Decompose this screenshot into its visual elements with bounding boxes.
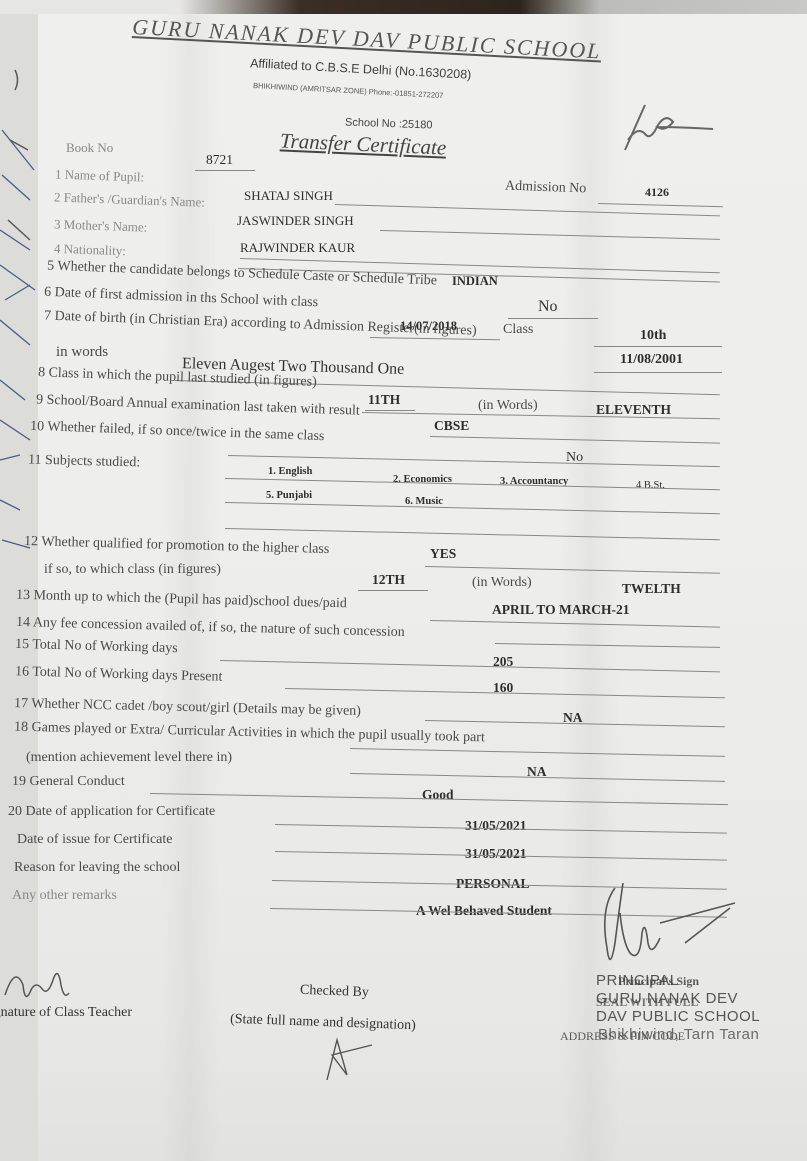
last-exam-value: CBSE (434, 418, 469, 434)
background-edge (0, 0, 807, 14)
field-line (358, 590, 428, 591)
nationality-label: 4 Nationality: (54, 241, 126, 259)
subject-item: 4 B.St. (636, 480, 665, 491)
stamp-line-3: Bhikhiwind, Tarn Taran (598, 1026, 759, 1043)
principal-signature (590, 868, 740, 978)
class-teacher-text: Signature of Class Teacher (0, 1005, 132, 1020)
field-line (365, 410, 415, 411)
application-date-value: 31/05/2021 (465, 818, 527, 834)
sc-st-value: No (538, 298, 558, 316)
field-line (594, 372, 722, 373)
mother-name-label: 3 Mother's Name: (54, 216, 148, 235)
subject-item: 1. English (268, 466, 312, 477)
stamp-line-2: DAV PUBLIC SCHOOL (596, 1008, 760, 1025)
pupil-name-value: SHATAJ SINGH (244, 188, 333, 204)
promotion-words-value: TWELTH (622, 581, 681, 597)
dob-words-label: in words (56, 344, 108, 361)
checked-by-label: Checked By (300, 983, 369, 1001)
field-line (195, 170, 255, 171)
book-no-value: 8721 (206, 152, 233, 168)
first-admission-class-label: Class (503, 322, 533, 338)
promotion-class-value: 12TH (372, 572, 405, 588)
games-sublabel: (mention achievement level there in) (26, 750, 232, 766)
application-date-label: 20 Date of application for Certificate (8, 804, 215, 820)
mother-name-value: RAJWINDER KAUR (240, 240, 355, 256)
principal-sign-label: Principal's Sign (618, 974, 699, 989)
signature-top-right (620, 95, 720, 155)
paper-fold-shadow (160, 0, 220, 1161)
dues-value: APRIL TO MARCH-21 (492, 602, 630, 618)
promotion-words-label: (in Words) (472, 575, 532, 591)
book-no-label: Book No (66, 140, 113, 156)
class-teacher-signature (0, 960, 80, 1010)
subject-item: 5. Punjabi (266, 490, 312, 501)
conduct-label: 19 General Conduct (12, 774, 125, 790)
promotion-class-label: if so, to which class (in figures) (44, 562, 221, 578)
admission-no-label: Admission No (505, 179, 587, 198)
dob-value: 11/08/2001 (620, 352, 683, 368)
remarks-label: Any other remarks (12, 888, 117, 904)
father-name-value: JASWINDER SINGH (237, 213, 354, 229)
field-line (594, 346, 722, 347)
admission-no-value: 4126 (645, 185, 669, 200)
last-class-value: 11TH (368, 392, 400, 408)
promotion-value: YES (430, 546, 456, 562)
field-line (508, 318, 598, 319)
issue-date-label: Date of issue for Certificate (17, 832, 173, 848)
pupil-name-label: 1 Name of Pupil: (55, 166, 145, 185)
first-admission-class-value: 10th (640, 328, 666, 344)
checker-signature (322, 1030, 382, 1090)
nationality-value: INDIAN (452, 274, 498, 289)
subjects-label: 11 Subjects studied: (28, 453, 141, 472)
reason-label: Reason for leaving the school (14, 860, 180, 876)
conduct-value: Good (422, 787, 454, 803)
class-teacher-label: Signature of Class Teacher (0, 1005, 132, 1021)
last-class-words-label: (in Words) (478, 398, 538, 414)
